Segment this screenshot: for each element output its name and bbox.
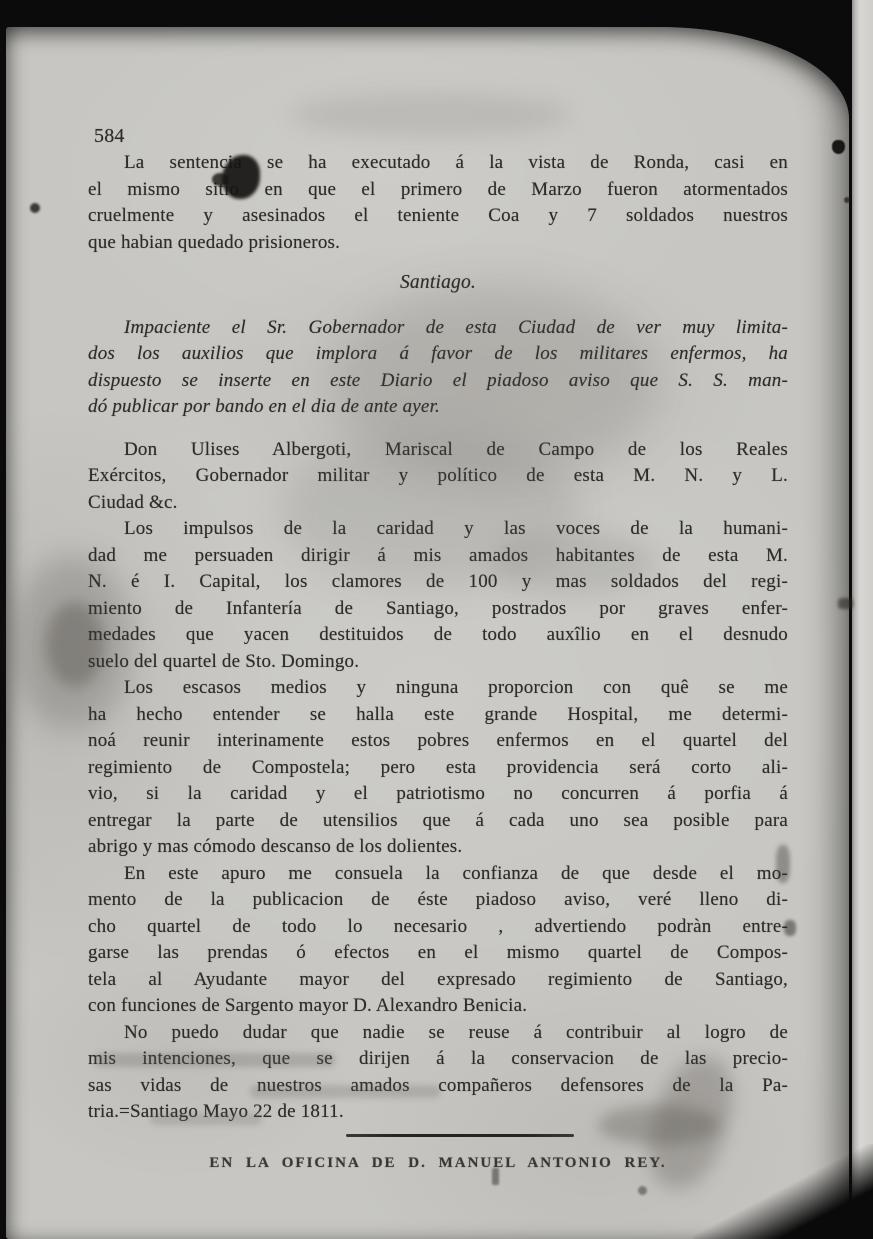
book-fore-edge [852, 0, 873, 1239]
text-line: vio, si la caridad y el patriotismo no c… [88, 781, 788, 808]
paragraph: En este apuro me consuela la confianza d… [88, 861, 788, 1020]
text-line: Los escasos medios y ninguna proporcion … [88, 675, 788, 702]
paragraph: Don Ulises Albergoti, Mariscal de Campo … [88, 437, 788, 517]
text-line: dos los auxilios que implora á favor de … [88, 341, 788, 368]
text-line: mento de la publicacion de éste piadoso … [88, 887, 788, 914]
margin-mark [838, 598, 853, 609]
paragraph: Los escasos medios y ninguna proporcion … [88, 675, 788, 861]
text-line: tria.=Santiago Mayo 22 de 1811. [88, 1099, 788, 1126]
ink-dot [832, 140, 845, 154]
text-line: mis intenciones, que se dirijen á la con… [88, 1046, 788, 1073]
paragraph: Impaciente el Sr. Gobernador de esta Ciu… [88, 315, 788, 421]
text-line: La sentencia se ha executado á la vista … [88, 150, 788, 177]
page-number: 584 [88, 123, 788, 150]
text-line: abrigo y mas cómodo descanso de los doli… [88, 834, 788, 861]
text-line: N. é I. Capital, los clamores de 100 y m… [88, 569, 788, 596]
text-line: suelo del quartel de Sto. Domingo. [88, 649, 788, 676]
text-line: Don Ulises Albergoti, Mariscal de Campo … [88, 437, 788, 464]
text-line: dó publicar por bando en el dia de ante … [88, 394, 788, 421]
ink-speck [844, 197, 850, 203]
text-line: Ciudad &c. [88, 490, 788, 517]
text-line: ha hecho entender se halla este grande H… [88, 702, 788, 729]
text-line: No puedo dudar que nadie se reuse á cont… [88, 1020, 788, 1047]
swelled-rule-divider [346, 1134, 574, 1137]
ink-dot [30, 203, 40, 213]
text-line: entregar la parte de utensilios que á ca… [88, 808, 788, 835]
text-line: Impaciente el Sr. Gobernador de esta Ciu… [88, 315, 788, 342]
section-heading: Santiago. [88, 270, 788, 297]
text-line: noá reunir interinamente estos pobres en… [88, 728, 788, 755]
text-block: 584 La sentencia se ha executado á la vi… [88, 123, 788, 1176]
text-line: tela al Ayudante mayor del expresado reg… [88, 967, 788, 994]
text-line: dispuesto se inserte en este Diario el p… [88, 368, 788, 395]
text-line: cho quartel de todo lo necesario , adver… [88, 914, 788, 941]
paragraph: La sentencia se ha executado á la vista … [88, 150, 788, 256]
text-line: Los impulsos de la caridad y las voces d… [88, 516, 788, 543]
paragraph: No puedo dudar que nadie se reuse á cont… [88, 1020, 788, 1126]
text-line: miento de Infantería de Santiago, postra… [88, 596, 788, 623]
page-corner-shadow [693, 1144, 873, 1239]
text-line: sas vidas de nuestros amados compañeros … [88, 1073, 788, 1100]
document-page: 584 La sentencia se ha executado á la vi… [6, 27, 849, 1239]
printer-imprint: EN LA OFICINA DE D. MANUEL ANTONIO REY. [88, 1150, 788, 1177]
text-line: Exércitos, Gobernador militar y político… [88, 463, 788, 490]
text-line: regimiento de Compostela; pero esta prov… [88, 755, 788, 782]
text-line: que habian quedado prisioneros. [88, 230, 788, 257]
text-line: En este apuro me consuela la confianza d… [88, 861, 788, 888]
text-line: con funciones de Sargento mayor D. Alexa… [88, 993, 788, 1020]
text-line: cruelmente y asesinados el teniente Coa … [88, 203, 788, 230]
text-line: dad me persuaden dirigir á mis amados ha… [88, 543, 788, 570]
paragraph: Los impulsos de la caridad y las voces d… [88, 516, 788, 675]
text-line: garse las prendas ó efectos en el mismo … [88, 940, 788, 967]
text-line: el mismo sitio en que el primero de Marz… [88, 177, 788, 204]
ink-speck [638, 1186, 647, 1195]
text-line: medades que yacen destituidos de todo au… [88, 622, 788, 649]
